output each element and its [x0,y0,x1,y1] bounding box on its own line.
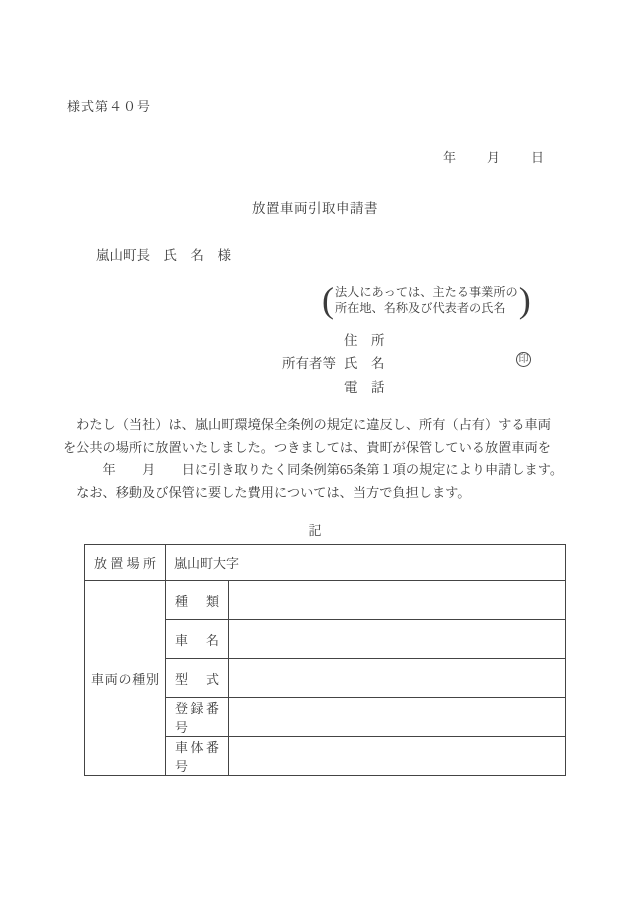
vehicle-kind-value [229,581,566,620]
corporate-note-text: 法人にあっては、主たる事業所の 所在地、名称及び代表者の氏名 [335,284,518,316]
owner-phone-label: 電 話 [344,376,385,396]
date-year-label: 年 [443,147,456,166]
vehicle-model-label: 型式 [166,659,229,698]
form-number: 様式第４０号 [67,96,151,115]
list-heading: 記 [0,520,630,539]
vehicle-kind-label: 種類 [166,581,229,620]
open-paren: ( [322,282,334,318]
seal-icon: 印 [516,352,531,367]
owner-name-row: 所有者等 氏 名 印 [282,352,562,370]
vehicle-name-value [229,620,566,659]
vehicle-info-table: 放置場所 嵐山町大字 車両の種別 種類 車名 型式 登録番号 車体番号 [84,544,566,776]
vehicle-model-value [229,659,566,698]
body-number-label: 車体番号 [166,737,229,776]
owner-name-label: 氏 名 [344,352,385,372]
owner-address-label: 住 所 [344,329,385,349]
application-body-text: わたし（当社）は、嵐山町環境保全条例の規定に違反し、所有（占有）する車両 を公共… [63,414,583,504]
table-row: 放置場所 嵐山町大字 [85,545,566,581]
date-line: 年 月 日 [443,147,544,166]
owner-group-label: 所有者等 [282,352,336,372]
date-day-label: 日 [531,147,544,166]
application-form-page: 様式第４０号 年 月 日 放置車両引取申請書 嵐山町長 氏 名 様 ( 法人にあ… [0,0,630,915]
table-row: 車両の種別 種類 [85,581,566,620]
addressee-line: 嵐山町長 氏 名 様 [96,244,231,264]
location-label: 放置場所 [85,545,166,581]
page-title: 放置車両引取申請書 [0,197,630,217]
vehicle-type-group-label: 車両の種別 [85,581,166,776]
vehicle-name-label: 車名 [166,620,229,659]
location-value: 嵐山町大字 [166,545,566,581]
close-paren: ) [519,282,531,318]
date-month-label: 月 [487,147,500,166]
corporate-note: ( 法人にあっては、主たる事業所の 所在地、名称及び代表者の氏名 ) [322,282,531,318]
body-number-value [229,737,566,776]
registration-number-label: 登録番号 [166,698,229,737]
registration-number-value [229,698,566,737]
